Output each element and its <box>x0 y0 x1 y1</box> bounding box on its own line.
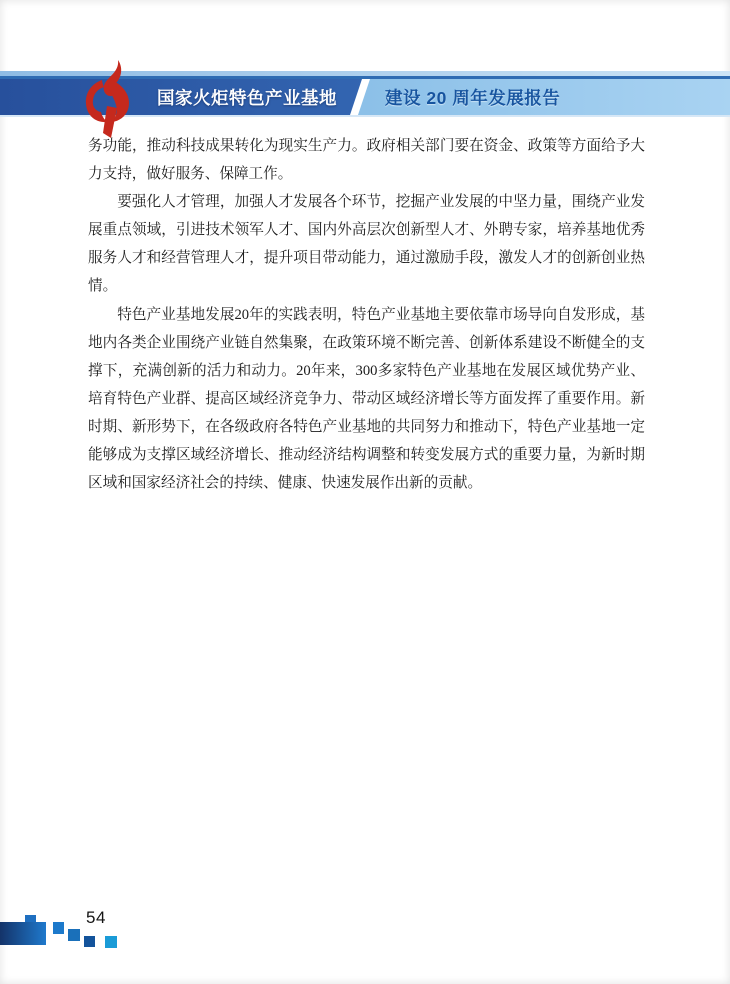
pixel-mosaic-decoration <box>0 913 130 953</box>
body-paragraph: 务功能，推动科技成果转化为现实生产力。政府相关部门要在资金、政策等方面给予大力支… <box>88 132 645 188</box>
torch-flame-icon <box>84 60 136 138</box>
mosaic-block <box>0 922 46 945</box>
mosaic-square <box>25 915 36 922</box>
mosaic-square <box>105 936 117 948</box>
body-paragraph: 要强化人才管理，加强人才发展各个环节，挖掘产业发展的中坚力量，围绕产业发展重点领… <box>88 188 645 300</box>
body-text: 务功能，推动科技成果转化为现实生产力。政府相关部门要在资金、政策等方面给予大力支… <box>88 132 645 497</box>
page-number: 54 <box>86 908 106 928</box>
mosaic-square <box>68 929 80 941</box>
mosaic-square <box>53 922 64 934</box>
banner-main: 国家火炬特色产业基地 建设 20 周年发展报告 <box>0 79 730 117</box>
report-page: 国家火炬特色产业基地 建设 20 周年发展报告 务功能，推动科技成果转化为现实生… <box>0 0 730 984</box>
body-paragraph: 特色产业基地发展20年的实践表明，特色产业基地主要依靠市场导向自发形成，基地内各… <box>88 301 645 498</box>
brand-title: 国家火炬特色产业基地 <box>157 85 337 110</box>
mosaic-square <box>84 936 95 947</box>
page-header-banner: 国家火炬特色产业基地 建设 20 周年发展报告 <box>0 71 730 117</box>
report-title: 建设 20 周年发展报告 <box>385 85 560 110</box>
